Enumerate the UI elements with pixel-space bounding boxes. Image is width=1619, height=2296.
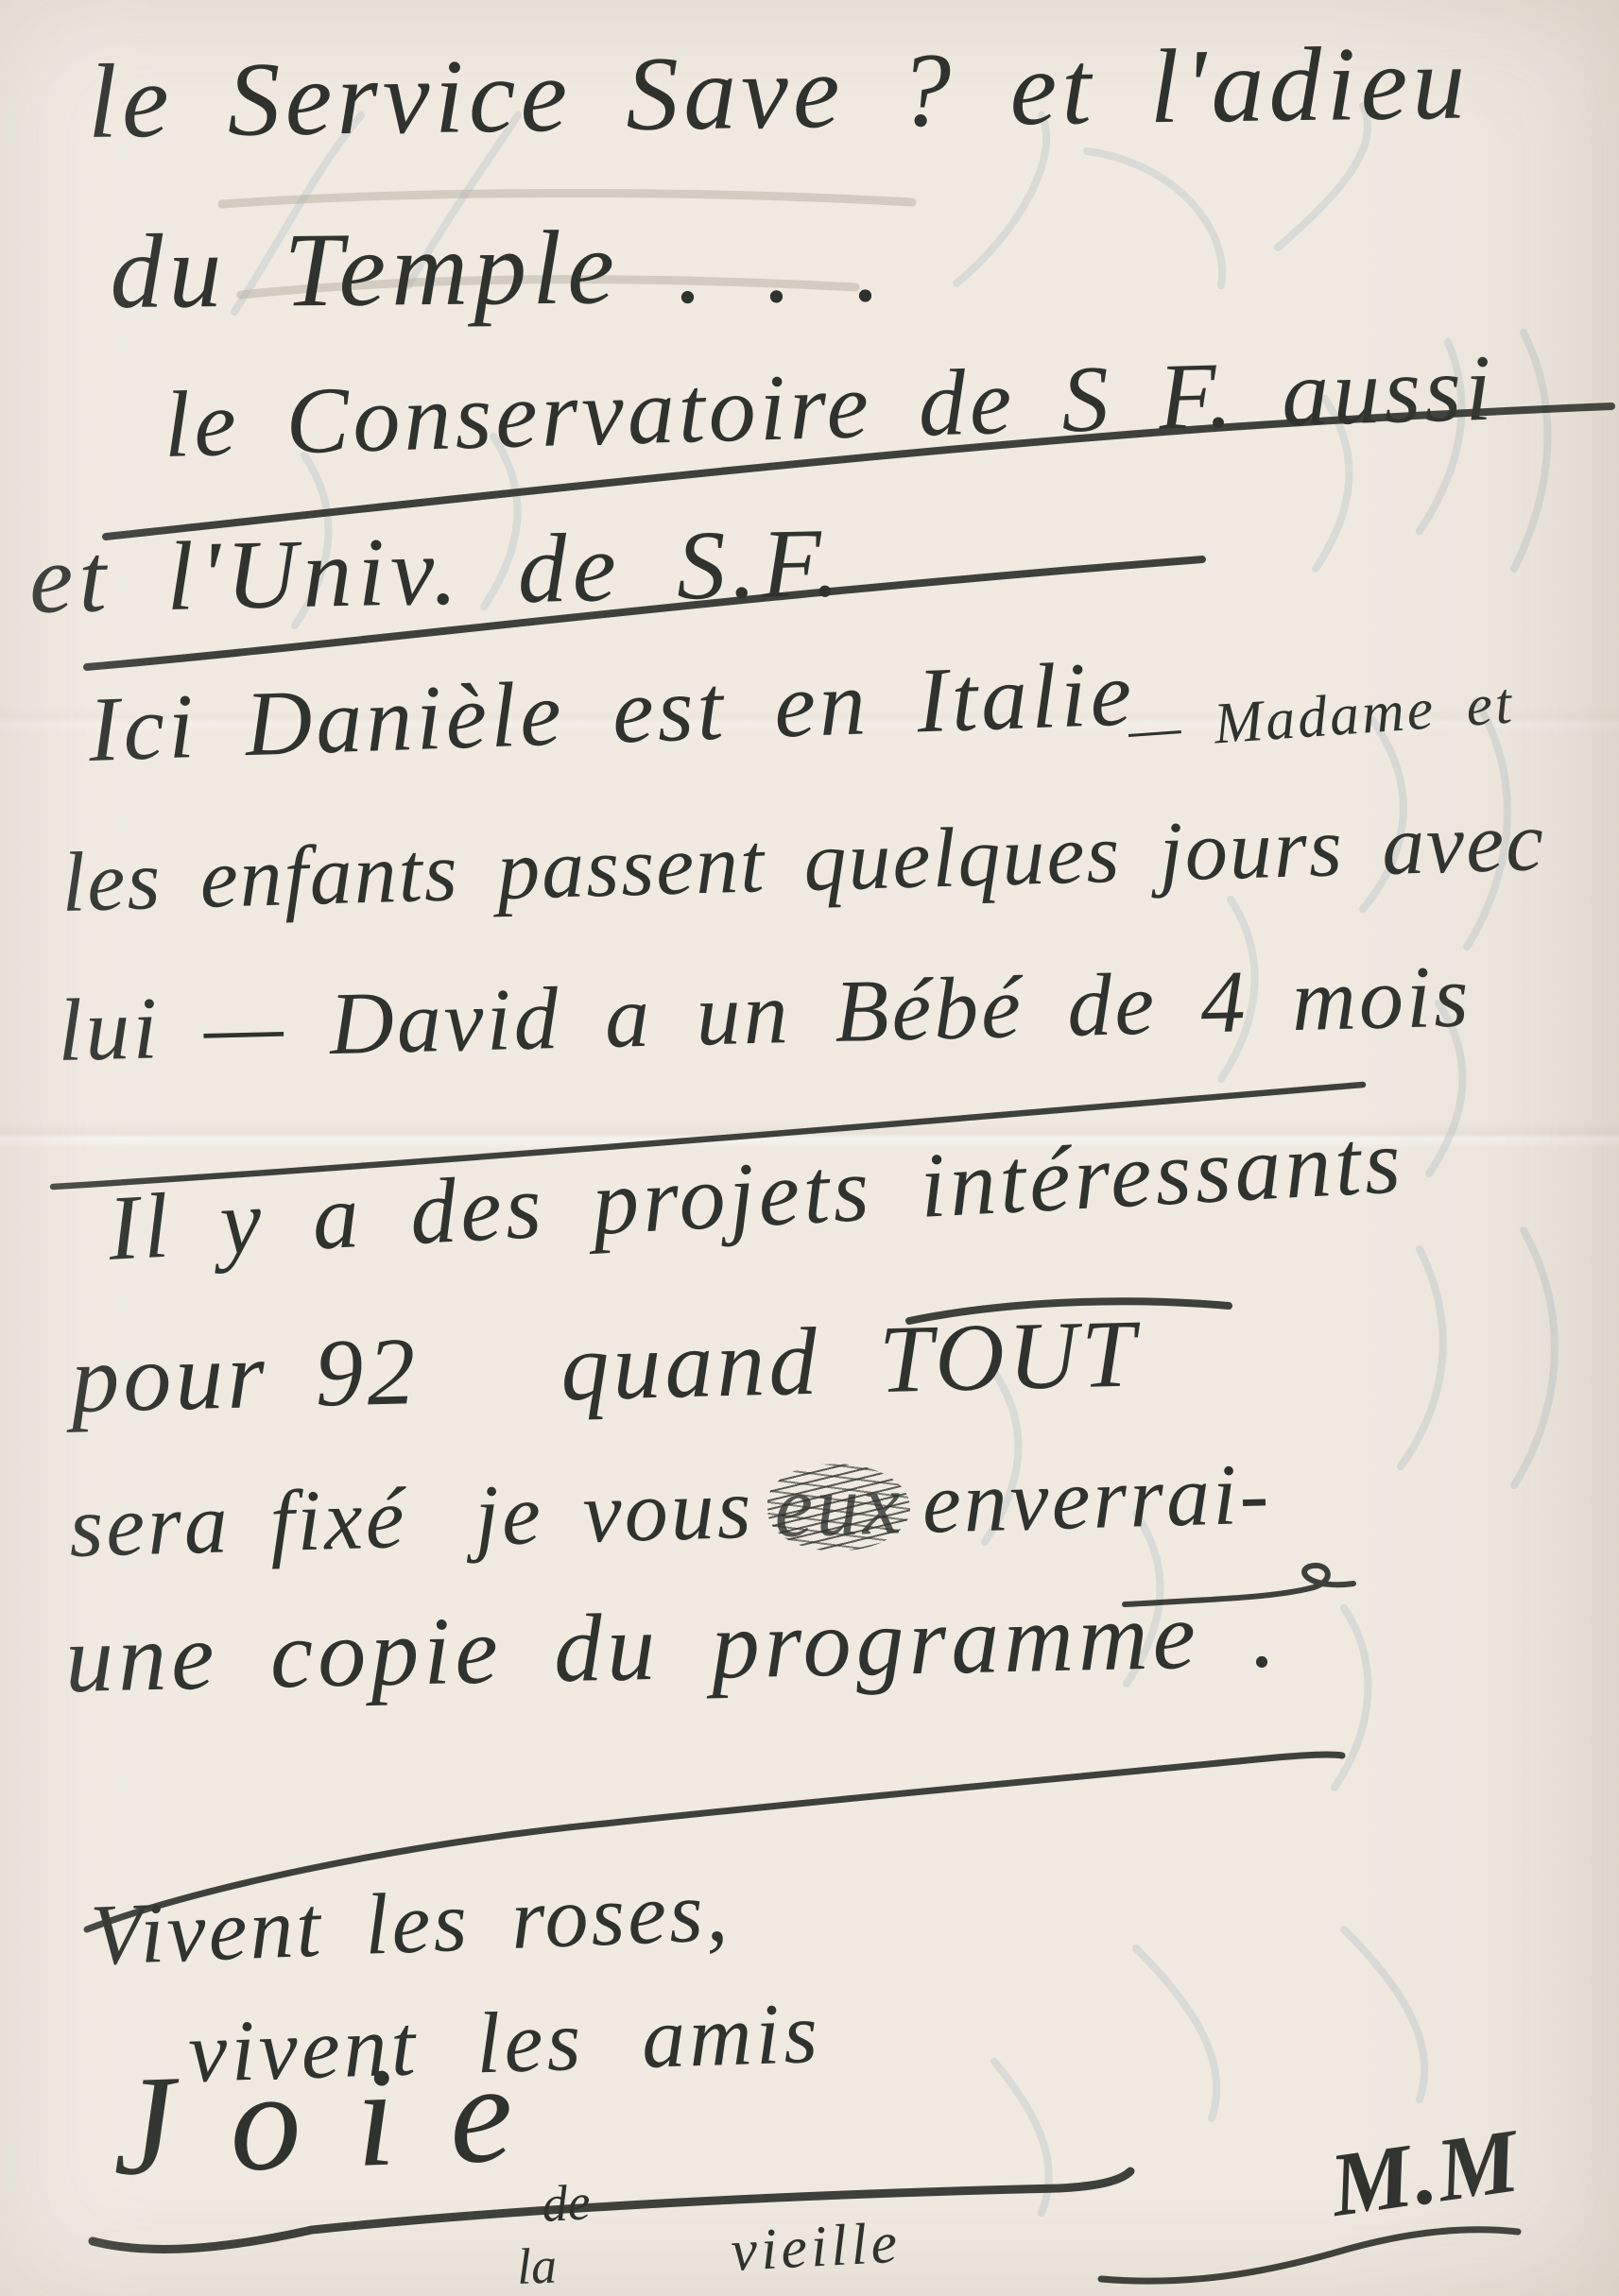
handwriting-line-3: le Conservatoire de S F. aussi [163, 341, 1496, 472]
handwriting-line-6: les enfants passent quelques jours avec [60, 799, 1546, 926]
handwriting-line-10: sera fixéje vouseuxenverrai- [68, 1449, 1272, 1569]
line-9-quand: quand [560, 1314, 821, 1417]
handwriting-line-9: pour 92quandTOUT [70, 1306, 1140, 1429]
line-10-enverrai: enverrai- [921, 1449, 1273, 1546]
closing-word-vieille: vieille [730, 2214, 902, 2281]
handwriting-line-11: une copie du programme . [64, 1586, 1282, 1708]
handwriting-line-12: Vivent les roses, [89, 1867, 732, 1979]
handwriting-line-7: lui — David a un Bébé de 4 mois [57, 951, 1473, 1075]
signature-underline [1101, 2230, 1518, 2281]
line-10-je-vous: je vous [474, 1465, 754, 1559]
closing-word-de: de [541, 2176, 592, 2230]
line-9-tout: TOUT [878, 1306, 1140, 1409]
signature-initials: M.M [1325, 2115, 1525, 2231]
handwriting-line-2: du Temple . . . [110, 213, 887, 325]
line-10-sera-fixe: sera fixé [68, 1474, 408, 1570]
handwriting-line-5: Ici Danièle est en Italie [87, 647, 1137, 777]
handwriting-line-5-right: — Madame et [1127, 674, 1516, 759]
handwriting-line-4: et l'Univ. de S.F. [28, 514, 846, 629]
handwriting-line-8: Il y a des projets intéressants [106, 1115, 1406, 1276]
closing-word-la: la [516, 2240, 558, 2292]
closing-word-joie: Joie [110, 2040, 570, 2198]
handwriting-line-1: le Service Save ? et l'adieu [87, 30, 1471, 155]
handwritten-letter-page: le Service Save ? et l'adieu du Temple .… [0, 0, 1619, 2296]
line-9-pour-92: pour 92 [70, 1324, 421, 1429]
scratched-out-word: eux [773, 1460, 904, 1551]
